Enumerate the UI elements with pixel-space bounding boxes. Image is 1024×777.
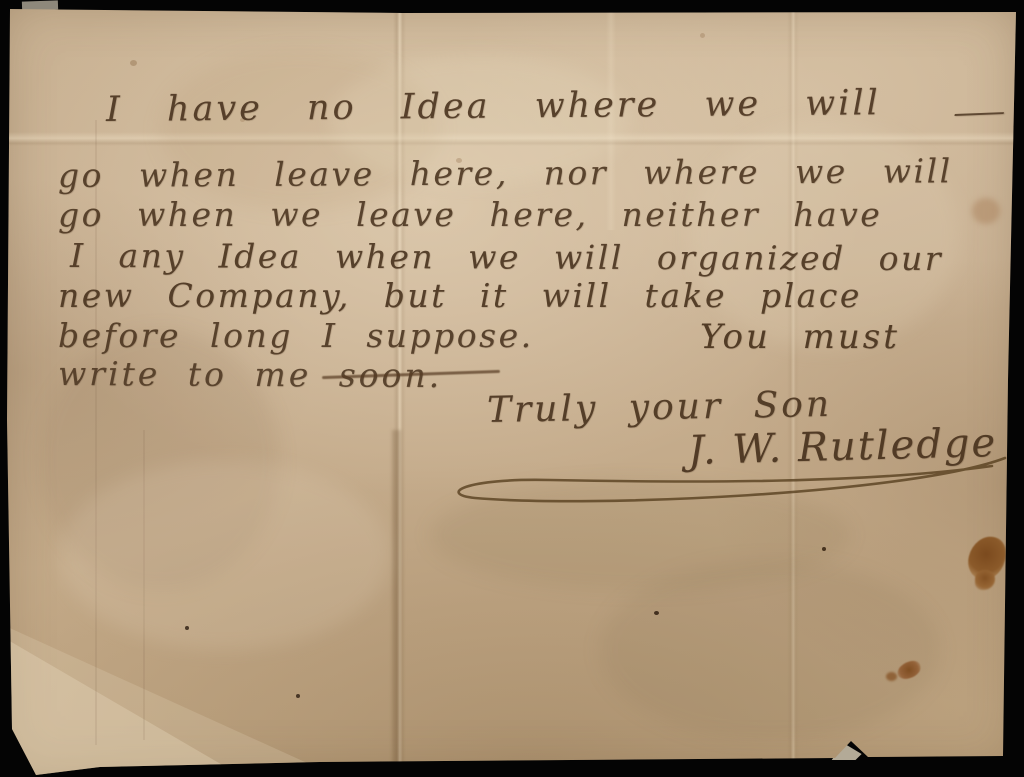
vertical-fold-crease-worn (392, 430, 401, 777)
closing-line: Truly your Son (487, 384, 833, 431)
letter-paper: I have no Idea where we will — go when l… (0, 0, 1024, 777)
ink-stain-dot (886, 672, 897, 681)
ink-stain-large (964, 532, 1010, 583)
signature-flourish (430, 452, 1015, 514)
age-blotch (60, 460, 390, 650)
age-speck (240, 118, 245, 122)
age-speck (822, 547, 826, 551)
handwriting-line-6-right: You must (700, 317, 900, 357)
age-speck (448, 208, 452, 212)
horizontal-fold-crease (0, 132, 1024, 146)
corner-fold-highlight (8, 585, 338, 777)
pen-flourish-strike (322, 370, 500, 379)
handwriting-line-4: I any Idea when we will organized our (70, 236, 943, 278)
handwriting-line-6-left: before long I suppose. (58, 316, 534, 355)
age-blotch (690, 120, 960, 350)
handwriting-line-3: go when we leave here, neither have (58, 195, 882, 234)
handwriting-line-1: I have no Idea where we will (106, 83, 881, 130)
ink-stain-large-tail (975, 570, 995, 590)
age-speck (296, 694, 300, 698)
age-speck (185, 626, 189, 630)
age-blotch (600, 560, 940, 740)
vertical-fold-crease (606, 0, 616, 230)
age-speck (700, 33, 705, 38)
handwriting-line-2: go when leave here, nor where we will (58, 151, 953, 195)
handwriting-line-7: write to me soon. (58, 354, 442, 395)
faint-guide-line (95, 120, 97, 745)
pen-dash-stroke: — (950, 94, 1008, 131)
age-speck (654, 611, 659, 615)
scanned-letter-photo: I have no Idea where we will — go when l… (0, 0, 1024, 777)
ink-stain-small (895, 659, 923, 682)
signature: J. W. Rutledge (687, 420, 997, 474)
vertical-fold-crease (787, 0, 799, 777)
age-blotch (160, 50, 440, 210)
age-speck (130, 60, 137, 66)
age-blotch (330, 55, 630, 185)
paper-edge-fragment (22, 0, 58, 10)
faint-guide-line (143, 430, 145, 740)
age-blotch (40, 330, 280, 590)
age-speck (456, 158, 462, 163)
age-blotch (430, 480, 850, 590)
corner-fold-highlight (8, 640, 243, 777)
handwriting-line-5: new Company, but it will take place (58, 276, 862, 315)
vertical-fold-crease (393, 0, 406, 777)
faint-smudge (972, 198, 1000, 224)
